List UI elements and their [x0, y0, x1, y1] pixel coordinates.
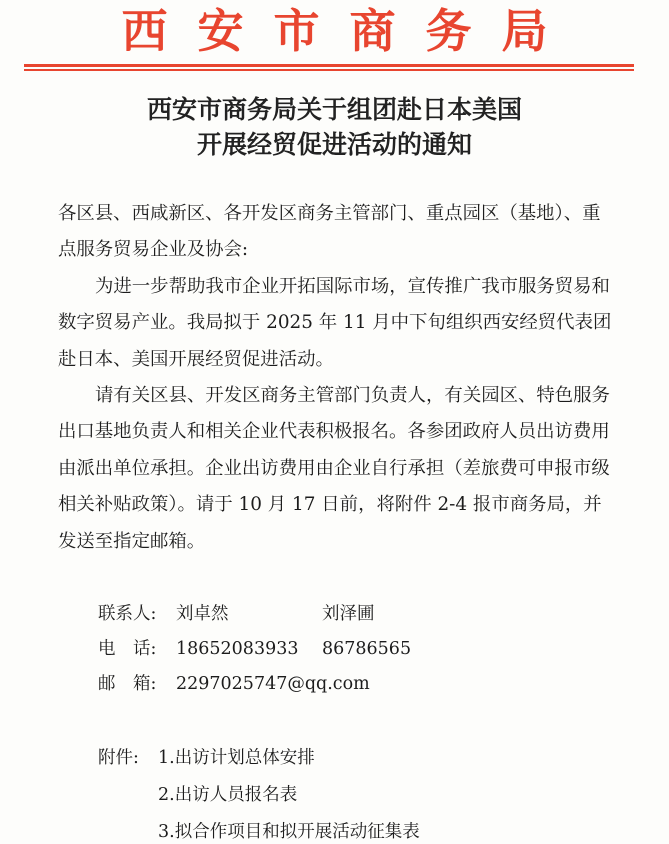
contact-person-2: 刘泽圃 [322, 597, 375, 632]
attachment-row-2: 2.出访人员报名表 [98, 777, 420, 814]
document-title: 西安市商务局关于组团赴日本美国 开展经贸促进活动的通知 [0, 92, 669, 162]
contact-email[interactable]: 2297025747@qq.com [176, 667, 370, 702]
contact-phone-2: 86786565 [322, 632, 411, 667]
contact-email-row: 邮 箱: 2297025747@qq.com [98, 667, 411, 702]
document-title-line-1: 西安市商务局关于组团赴日本美国 [0, 92, 669, 127]
contact-email-label: 邮 箱: [98, 667, 176, 702]
attachment-row-1: 附件: 1.出访计划总体安排 [98, 740, 420, 777]
paragraph-2: 请有关区县、开发区商务主管部门负责人，有关园区、特色服务出口基地负责人和相关企业… [58, 378, 618, 560]
attachment-row-3: 3.拟合作项目和拟开展活动征集表 [98, 814, 420, 844]
salutation: 各区县、西咸新区、各开发区商务主管部门、重点园区（基地）、重点服务贸易企业及协会… [58, 196, 618, 269]
contact-phone-1: 18652083933 [176, 632, 322, 667]
letterhead-rule-thin [24, 69, 634, 71]
contact-phone-label: 电 话: [98, 632, 176, 667]
letterhead-org-name: 西安市商务局 [0, 4, 669, 58]
letterhead: 西安市商务局 [0, 0, 669, 70]
attachment-item-1: 1.出访计划总体安排 [158, 740, 315, 777]
document-body: 各区县、西咸新区、各开发区商务主管部门、重点园区（基地）、重点服务贸易企业及协会… [58, 196, 618, 560]
attachments-block: 附件: 1.出访计划总体安排 2.出访人员报名表 3.拟合作项目和拟开展活动征集… [98, 740, 420, 844]
contact-person-label: 联系人: [98, 597, 176, 632]
contact-phone-row: 电 话: 18652083933 86786565 [98, 632, 411, 667]
attachment-item-2: 2.出访人员报名表 [158, 777, 297, 814]
contact-person-1: 刘卓然 [176, 597, 322, 632]
document-title-line-2: 开展经贸促进活动的通知 [0, 127, 669, 162]
contact-block: 联系人: 刘卓然 刘泽圃 电 话: 18652083933 86786565 邮… [98, 597, 411, 702]
letterhead-rule-thick [24, 64, 634, 67]
attachments-label: 附件: [98, 740, 158, 777]
attachment-item-3: 3.拟合作项目和拟开展活动征集表 [158, 814, 420, 844]
contact-person-row: 联系人: 刘卓然 刘泽圃 [98, 597, 411, 632]
paragraph-1: 为进一步帮助我市企业开拓国际市场，宣传推广我市服务贸易和数字贸易产业。我局拟于 … [58, 269, 618, 378]
